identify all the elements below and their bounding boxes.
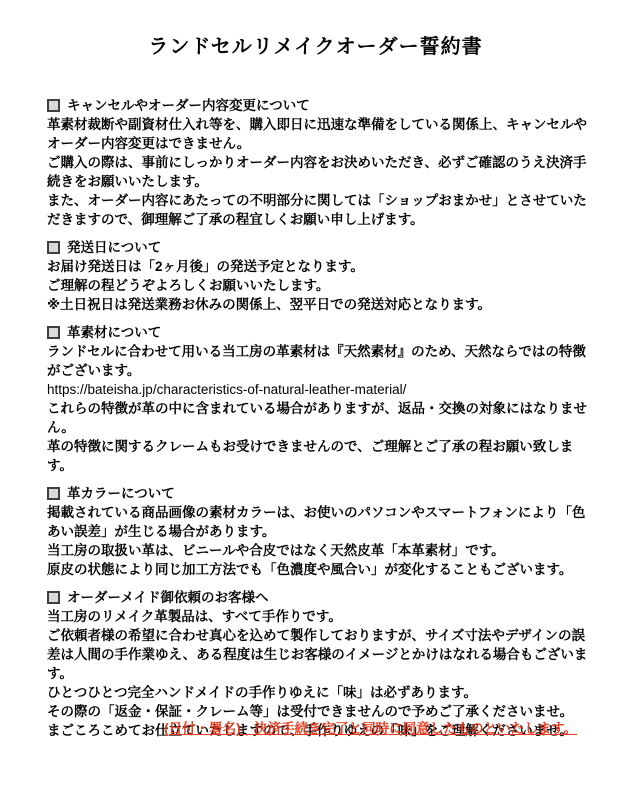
paragraph: 掲載されている商品画像の素材カラーは、お使いのパソコンやスマートフォンにより「色…: [47, 503, 593, 541]
paragraph: ご購入の際は、事前にしっかりオーダー内容をお決めいただき、必ずご確認のうえ決済手…: [47, 153, 593, 191]
section-heading: 革素材について: [47, 323, 593, 342]
section-heading: 発送日について: [47, 238, 593, 257]
paragraph: 原皮の状態により同じ加工方法でも「色濃度や風合い」が変化することもございます。: [47, 560, 593, 579]
checkbox-square-icon: [47, 326, 60, 339]
paragraph: ひとつひとつ完全ハンドメイドの手作りゆえに「味」は必ずあります。: [47, 683, 593, 702]
checkbox-square-icon: [47, 591, 60, 604]
section-heading-label: 革カラーについて: [67, 486, 175, 501]
paragraph: これらの特徴が革の中に含まれている場合がありますが、返品・交換の対象にはなりませ…: [47, 399, 593, 437]
section-heading-label: 革素材について: [67, 325, 161, 340]
checkbox-square-icon: [47, 487, 60, 500]
section-cancel-policy: キャンセルやオーダー内容変更について 革素材裁断や副資材仕入れ等を、購入即日に迅…: [47, 96, 593, 229]
leather-info-url: https://bateisha.jp/characteristics-of-n…: [47, 380, 593, 399]
paragraph: 当工房の取扱い革は、ビニールや合皮ではなく天然皮革「本革素材」です。: [47, 541, 593, 560]
section-leather-material: 革素材について ランドセルに合わせて用いる当工房の革素材は『天然素材』のため、天…: [47, 323, 593, 475]
paragraph: ※土日祝日は発送業務お休みの関係上、翌平日での発送対応となります。: [47, 295, 593, 314]
section-leather-color: 革カラーについて 掲載されている商品画像の素材カラーは、お使いのパソコンやスマー…: [47, 484, 593, 579]
paragraph: また、オーダー内容にあたっての不明部分に関しては「ショップおまかせ」とさせていた…: [47, 191, 593, 229]
checkbox-square-icon: [47, 241, 60, 254]
paragraph: ご理解の程どうぞよろしくお願いいたします。: [47, 276, 593, 295]
paragraph: 革素材裁断や副資材仕入れ等を、購入即日に迅速な準備をしている関係上、キャンセルや…: [47, 115, 593, 153]
section-heading: オーダーメイド御依頼のお客様へ: [47, 588, 593, 607]
page-title: ランドセルリメイクオーダー誓約書: [0, 0, 631, 59]
section-shipping-date: 発送日について お届け発送日は「2ヶ月後」の発送予定となります。 ご理解の程どう…: [47, 238, 593, 314]
section-heading-label: 発送日について: [67, 240, 161, 255]
section-heading: 革カラーについて: [47, 484, 593, 503]
paragraph: 当工房のリメイク革製品は、すべて手作りです。: [47, 607, 593, 626]
paragraph: 革の特徴に関するクレームもお受けできませんので、ご理解とご了承の程お願い致します…: [47, 437, 593, 475]
paragraph: ご依頼者様の希望に合わせ真心を込めて製作しておりますが、サイズ寸法やデザインの誤…: [47, 626, 593, 683]
paragraph: お届け発送日は「2ヶ月後」の発送予定となります。: [47, 257, 593, 276]
section-heading: キャンセルやオーダー内容変更について: [47, 96, 593, 115]
checkbox-square-icon: [47, 99, 60, 112]
document-body: キャンセルやオーダー内容変更について 革素材裁断や副資材仕入れ等を、購入即日に迅…: [47, 96, 593, 740]
section-heading-label: オーダーメイド御依頼のお客様へ: [67, 590, 269, 605]
section-heading-label: キャンセルやオーダー内容変更について: [67, 98, 310, 113]
paragraph: ランドセルに合わせて用いる当工房の革素材は『天然素材』のため、天然ならではの特徴…: [47, 342, 593, 380]
pledge-document-page: ランドセルリメイクオーダー誓約書 キャンセルやオーダー内容変更について 革素材裁…: [0, 0, 631, 800]
agreement-note: (日付・署名) 決済手続き完了と同時に同意したものといたします。: [164, 717, 577, 737]
